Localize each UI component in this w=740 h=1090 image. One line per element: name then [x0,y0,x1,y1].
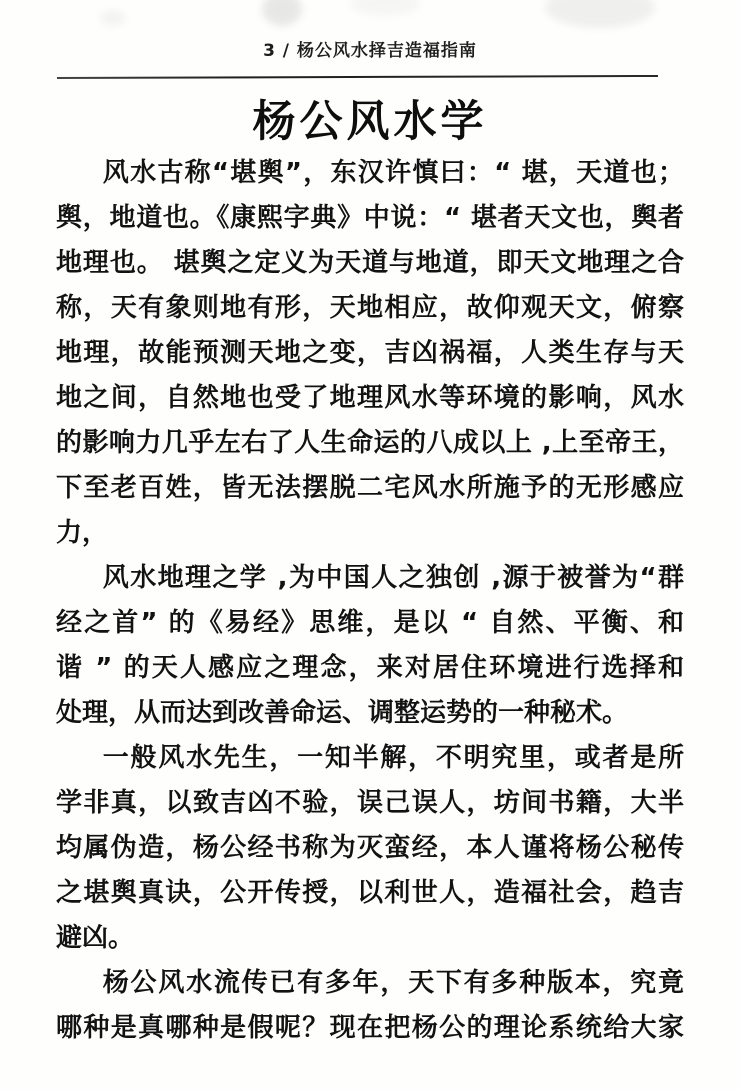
scanned-book-page: 3 / 杨公风水择吉造福指南 杨公风水学 风水古称“堪舆”，东汉许慎曰：“ 堪，… [0,0,740,1090]
header-divider [57,75,658,79]
scan-smudge [262,0,302,26]
body-text-line: 处理，从而达到改善命运、调整运势的一种秘术。 [56,691,684,736]
body-text-line: 风水古称“堪舆”，东汉许慎曰：“ 堪，天道也； [56,151,684,196]
body-text-line: 舆，地道也。《康熙字典》中说：“ 堪者天文也，舆者 [56,196,684,241]
body-text-line: 之堪舆真诀，公开传授，以利世人，造福社会，趋吉 [56,871,684,916]
body-text-line: 一般风水先生，一知半解，不明究里，或者是所 [56,736,684,781]
body-text-line: 的影响力几乎左右了人生命运的八成以上 ,上至帝王， [56,421,684,466]
body-text-line: 力， [56,511,684,556]
running-header: 3 / 杨公风水择吉造福指南 [0,36,740,61]
body-text-line: 经之首” 的《易经》思维，是以 “ 自然、平衡、和 [56,601,684,646]
body-text-line: 学非真，以致吉凶不验，误己误人，坊间书籍，大半 [56,781,684,826]
body-text-line: 地理也。 堪舆之定义为天道与地道，即天文地理之合 [56,241,684,286]
body-text-line: 称，天有象则地有形，天地相应，故仰观天文，俯察 [56,286,684,331]
body-text-line: 均属伪造，杨公经书称为灭蛮经，本人谨将杨公秘传 [56,826,684,871]
body-text: 风水古称“堪舆”，东汉许慎曰：“ 堪，天道也； 舆，地道也。《康熙字典》中说：“… [56,151,684,1051]
scan-smudge [545,0,655,28]
body-text-line: 避凶。 [56,916,684,961]
body-text-line: 下至老百姓，皆无法摆脱二宅风水所施予的无形感应 [56,466,684,511]
body-text-line: 风水地理之学 ,为中国人之独创 ,源于被誉为“群 [56,556,684,601]
page-title: 杨公风水学 [0,88,740,149]
body-text-line: 杨公风水流传已有多年，天下有多种版本，究竟 [56,961,684,1006]
scan-smudge [350,0,420,16]
scan-smudge [100,10,126,26]
body-text-line: 谐 ” 的天人感应之理念，来对居住环境进行选择和 [56,646,684,691]
body-text-line: 地理，故能预测天地之变，吉凶祸福，人类生存与天 [56,331,684,376]
body-text-line: 地之间，自然地也受了地理风水等环境的影响，风水 [56,376,684,421]
body-text-line: 哪种是真哪种是假呢？现在把杨公的理论系统给大家 [56,1006,684,1051]
